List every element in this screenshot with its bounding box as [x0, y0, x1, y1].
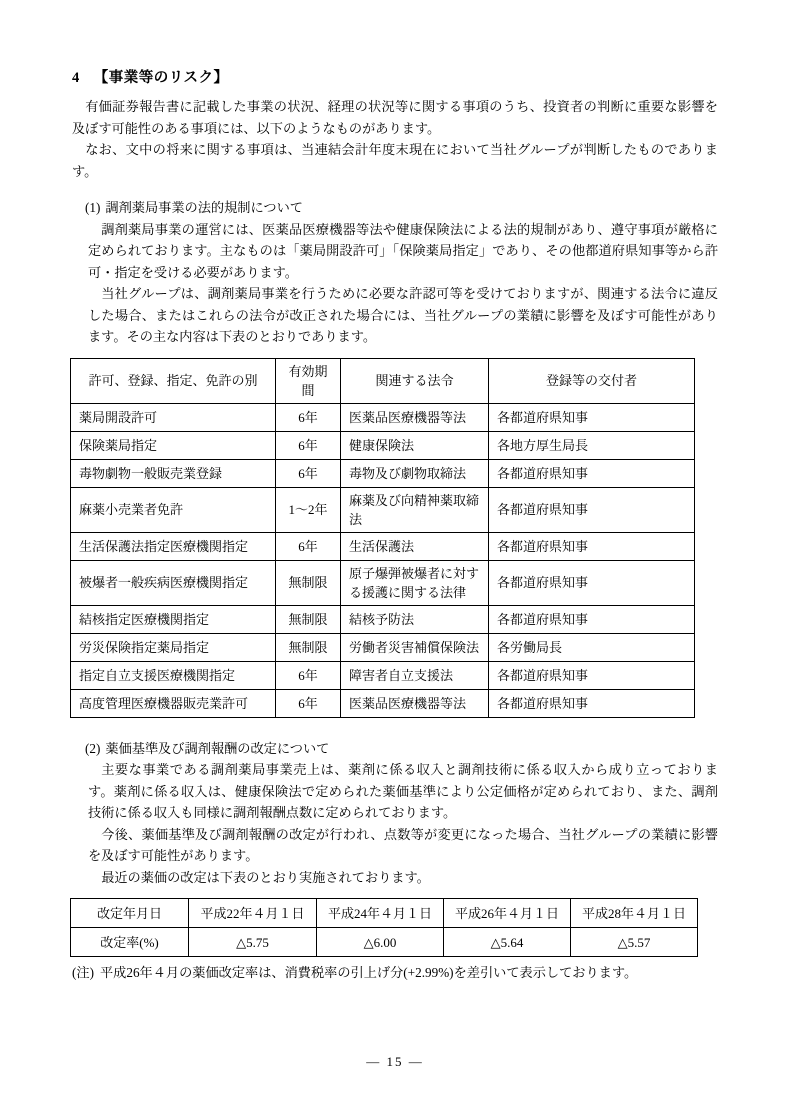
table-row: 労災保険指定薬局指定 無制限 労働者災害補償保険法 各労働局長 — [71, 633, 695, 661]
section2-label: (2) — [85, 741, 100, 756]
revision-rate-cell: △5.75 — [189, 928, 317, 957]
revision-rate-row: 改定率(%) △5.75 △6.00 △5.64 △5.57 — [71, 928, 698, 957]
cell-issuer: 各都道府県知事 — [489, 661, 695, 689]
cell-issuer: 各地方厚生局長 — [489, 431, 695, 459]
cell-law: 結核予防法 — [341, 605, 489, 633]
heading-number: 4 — [72, 68, 80, 89]
section2-paragraph-1: 主要な事業である調剤薬局事業売上は、薬剤に係る収入と調剤技術に係る収入から成り立… — [88, 759, 718, 824]
table-row: 結核指定医療機関指定 無制限 結核予防法 各都道府県知事 — [71, 605, 695, 633]
cell-issuer: 各都道府県知事 — [489, 459, 695, 487]
cell-issuer: 各都道府県知事 — [489, 532, 695, 560]
cell-license-name: 毒物劇物一般販売業登録 — [71, 459, 276, 487]
cell-license-name: 指定自立支援医療機関指定 — [71, 661, 276, 689]
cell-term: 6年 — [276, 532, 341, 560]
intro-block: 有価証券報告書に記載した事業の状況、経理の状況等に関する事項のうち、投資者の判断… — [72, 96, 718, 182]
section2-paragraph-3: 最近の薬価の改定は下表のとおり実施されております。 — [88, 867, 718, 889]
table-row: 薬局開設許可 6年 医薬品医療機器等法 各都道府県知事 — [71, 403, 695, 431]
revision-date-cell: 平成22年４月１日 — [189, 899, 317, 928]
table-row: 高度管理医療機器販売業許可 6年 医薬品医療機器等法 各都道府県知事 — [71, 689, 695, 717]
cell-term: 6年 — [276, 661, 341, 689]
cell-issuer: 各都道府県知事 — [489, 560, 695, 605]
revision-rate-cell: △6.00 — [317, 928, 444, 957]
cell-issuer: 各都道府県知事 — [489, 605, 695, 633]
cell-term: 6年 — [276, 431, 341, 459]
section-legal-regulation: (1)調剤薬局事業の法的規制について 調剤薬局事業の運営には、医薬品医療機器等法… — [72, 197, 718, 718]
page-number: ― 15 ― — [0, 1054, 790, 1070]
cell-license-name: 高度管理医療機器販売業許可 — [71, 689, 276, 717]
cell-law: 麻薬及び向精神薬取締法 — [341, 487, 489, 532]
license-col-header-type: 許可、登録、指定、免許の別 — [71, 358, 276, 403]
cell-issuer: 各都道府県知事 — [489, 689, 695, 717]
cell-issuer: 各都道府県知事 — [489, 403, 695, 431]
cell-term: 無制限 — [276, 605, 341, 633]
section1-title-text: 調剤薬局事業の法的規制について — [105, 200, 303, 215]
cell-law: 原子爆弾被爆者に対する援護に関する法律 — [341, 560, 489, 605]
revision-table: 改定年月日 平成22年４月１日 平成24年４月１日 平成26年４月１日 平成28… — [70, 898, 698, 957]
cell-license-name: 労災保険指定薬局指定 — [71, 633, 276, 661]
revision-date-cell: 平成26年４月１日 — [444, 899, 571, 928]
table-row: 保険薬局指定 6年 健康保険法 各地方厚生局長 — [71, 431, 695, 459]
cell-law: 健康保険法 — [341, 431, 489, 459]
revision-date-cell: 平成28年４月１日 — [571, 899, 698, 928]
page-title: 4【事業等のリスク】 — [72, 68, 718, 89]
cell-term: 1～2年 — [276, 487, 341, 532]
cell-license-name: 麻薬小売業者免許 — [71, 487, 276, 532]
table-row: 麻薬小売業者免許 1～2年 麻薬及び向精神薬取締法 各都道府県知事 — [71, 487, 695, 532]
cell-term: 無制限 — [276, 633, 341, 661]
cell-license-name: 被爆者一般疾病医療機関指定 — [71, 560, 276, 605]
intro-paragraph-2: なお、文中の将来に関する事項は、当連結会計年度末現在において当社グループが判断し… — [72, 139, 718, 182]
document-page: 4【事業等のリスク】 有価証券報告書に記載した事業の状況、経理の状況等に関する事… — [0, 0, 790, 1118]
license-table-header-row: 許可、登録、指定、免許の別 有効期間 関連する法令 登録等の交付者 — [71, 358, 695, 403]
cell-law: 医薬品医療機器等法 — [341, 403, 489, 431]
revision-rate-cell: △5.57 — [571, 928, 698, 957]
section2-title-text: 薬価基準及び調剤報酬の改定について — [105, 741, 329, 756]
section1-body: 調剤薬局事業の運営には、医薬品医療機器等法や健康保険法による法的規制があり、遵守… — [88, 219, 718, 348]
cell-law: 労働者災害補償保険法 — [341, 633, 489, 661]
section2-body: 主要な事業である調剤薬局事業売上は、薬剤に係る収入と調剤技術に係る収入から成り立… — [88, 759, 718, 888]
cell-term: 6年 — [276, 403, 341, 431]
revision-date-cell: 平成24年４月１日 — [317, 899, 444, 928]
revision-rate-cell: △5.64 — [444, 928, 571, 957]
license-col-header-issuer: 登録等の交付者 — [489, 358, 695, 403]
footnote-label: (注) — [72, 962, 94, 983]
cell-law: 生活保護法 — [341, 532, 489, 560]
cell-license-name: 結核指定医療機関指定 — [71, 605, 276, 633]
cell-license-name: 薬局開設許可 — [71, 403, 276, 431]
cell-term: 無制限 — [276, 560, 341, 605]
heading-title: 【事業等のリスク】 — [94, 70, 229, 86]
section1-label: (1) — [85, 200, 100, 215]
footnote-text: 平成26年４月の薬価改定率は、消費税率の引上げ分(+2.99%)を差引いて表示し… — [100, 962, 637, 983]
revision-rate-row-header: 改定率(%) — [71, 928, 189, 957]
license-col-header-term: 有効期間 — [276, 358, 341, 403]
cell-term: 6年 — [276, 459, 341, 487]
section1-paragraph-2: 当社グループは、調剤薬局事業を行うために必要な許認可等を受けておりますが、関連す… — [88, 283, 718, 348]
section2-paragraph-2: 今後、薬価基準及び調剤報酬の改定が行われ、点数等が変更になった場合、当社グループ… — [88, 824, 718, 867]
table-footnote: (注) 平成26年４月の薬価改定率は、消費税率の引上げ分(+2.99%)を差引い… — [72, 962, 718, 983]
revision-date-row-header: 改定年月日 — [71, 899, 189, 928]
intro-paragraph-1: 有価証券報告書に記載した事業の状況、経理の状況等に関する事項のうち、投資者の判断… — [72, 96, 718, 139]
cell-term: 6年 — [276, 689, 341, 717]
section1-title: (1)調剤薬局事業の法的規制について — [85, 197, 718, 219]
revision-date-row: 改定年月日 平成22年４月１日 平成24年４月１日 平成26年４月１日 平成28… — [71, 899, 698, 928]
cell-license-name: 生活保護法指定医療機関指定 — [71, 532, 276, 560]
table-row: 指定自立支援医療機関指定 6年 障害者自立支援法 各都道府県知事 — [71, 661, 695, 689]
cell-law: 医薬品医療機器等法 — [341, 689, 489, 717]
section2-title: (2)薬価基準及び調剤報酬の改定について — [85, 738, 718, 760]
cell-issuer: 各労働局長 — [489, 633, 695, 661]
license-col-header-law: 関連する法令 — [341, 358, 489, 403]
table-row: 毒物劇物一般販売業登録 6年 毒物及び劇物取締法 各都道府県知事 — [71, 459, 695, 487]
section1-paragraph-1: 調剤薬局事業の運営には、医薬品医療機器等法や健康保険法による法的規制があり、遵守… — [88, 219, 718, 284]
table-row: 被爆者一般疾病医療機関指定 無制限 原子爆弾被爆者に対する援護に関する法律 各都… — [71, 560, 695, 605]
license-table: 許可、登録、指定、免許の別 有効期間 関連する法令 登録等の交付者 薬局開設許可… — [70, 358, 695, 718]
cell-law: 毒物及び劇物取締法 — [341, 459, 489, 487]
cell-license-name: 保険薬局指定 — [71, 431, 276, 459]
section-price-revision: (2)薬価基準及び調剤報酬の改定について 主要な事業である調剤薬局事業売上は、薬… — [72, 738, 718, 984]
cell-law: 障害者自立支援法 — [341, 661, 489, 689]
cell-issuer: 各都道府県知事 — [489, 487, 695, 532]
table-row: 生活保護法指定医療機関指定 6年 生活保護法 各都道府県知事 — [71, 532, 695, 560]
